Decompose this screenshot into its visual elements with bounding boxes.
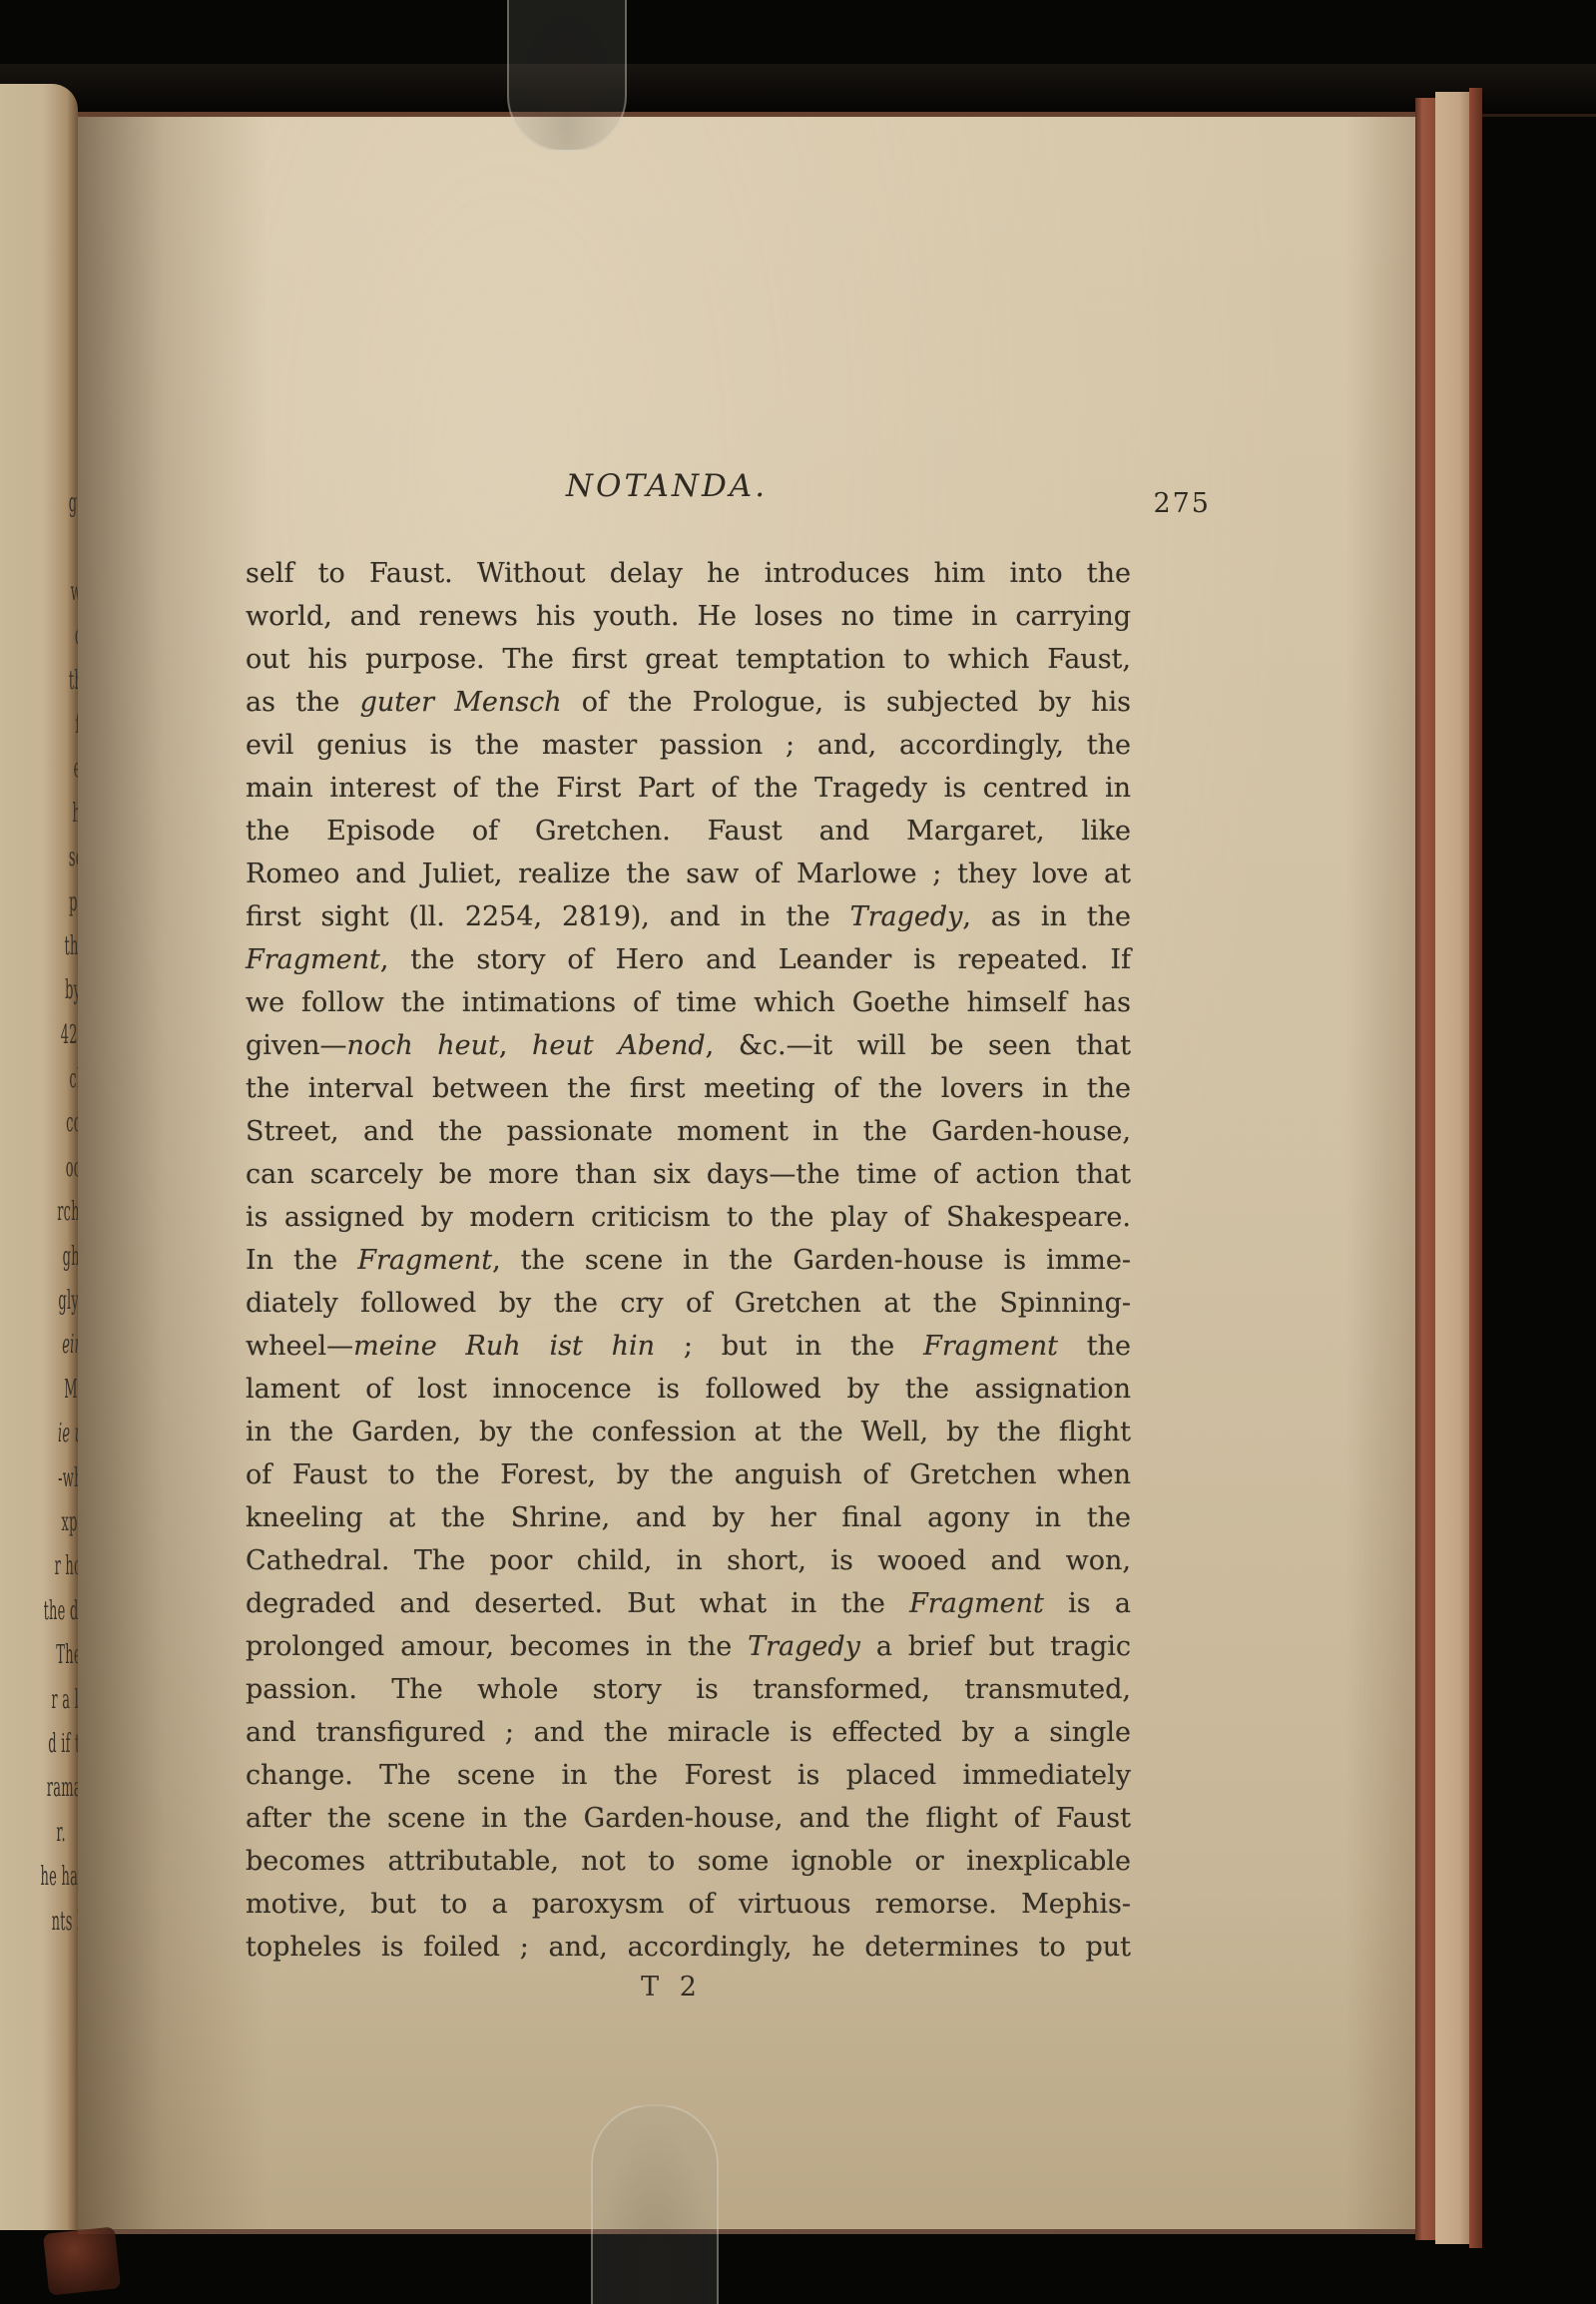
margin-text-fragment: rama is [0,1766,66,1810]
text-line: as the guter Mensch of the Prologue, is … [246,681,1131,724]
text-line: evil genius is the master passion ; and,… [246,724,1131,767]
page-right-shade [1345,117,1415,2229]
margin-text-fragment: nts him- [0,1900,66,1944]
text-line: Romeo and Juliet, realize the saw of Mar… [246,853,1131,895]
margin-text-fragment: r. [0,1811,66,1855]
text-line: the Episode of Gretchen. Faust and Marga… [246,810,1131,853]
margin-text-fragment: Mephisto- [0,1368,66,1412]
text-line: kneeling at the Shrine, and by her final… [246,1496,1131,1539]
text-line: main interest of the First Part of the T… [246,767,1131,810]
margin-text-fragment: ein (l. 33) [0,1323,66,1367]
margin-text-fragment: The time [0,1633,66,1677]
text-line: and transfigured ; and the miracle is ef… [246,1711,1131,1754]
text-line: prolonged amour, becomes in the Tragedy … [246,1625,1131,1668]
margin-text-fragment: r horns ; [0,1544,66,1588]
page-number: 275 [1011,488,1211,519]
page-holder-clip-top [507,0,627,152]
cover-corner-edge [43,2226,121,2295]
book-photograph: g intervalsarious partswhich theyonsumma… [0,0,1596,2304]
margin-text-fragment: the action [0,924,66,968]
margin-text-fragment: cording to [0,1101,66,1145]
text-line: the interval between the first meeting o… [246,1067,1131,1110]
text-line: degraded and deserted. But what in the F… [246,1582,1131,1625]
fore-edge-red-band [1415,98,1435,2240]
text-line: Cathedral. The poor child, in short, is … [246,1539,1131,1582]
margin-text-fragment: the de- [0,1589,66,1633]
margin-text-fragment: arious parts [0,525,66,569]
margin-text-fragment: chiller had [0,1057,66,1101]
margin-text-fragment: rch ; and [0,1190,66,1234]
margin-text-fragment: he did, and [0,792,66,836]
text-line: after the scene in the Garden-house, and… [246,1797,1131,1840]
text-line: Fragment, the story of Hero and Leander … [246,938,1131,981]
margin-text-fragment: sciousness [0,836,66,879]
margin-text-fragment: oon which [0,1146,66,1190]
text-line: first sight (ll. 2254, 2819), and in the… [246,895,1131,938]
margin-text-fragment: onsummate [0,614,66,658]
margin-text-fragment: gly Faust [0,1279,66,1323]
book-page: NOTANDA. 275 self to Faust. Without dela… [78,112,1415,2234]
margin-text-fragment: xpression [0,1500,66,1544]
body-text: self to Faust. Without delay he introduc… [246,552,1131,1969]
text-line: is assigned by modern criticism to the p… [246,1196,1131,1239]
margin-text-fragment: g intervals [0,481,66,525]
text-line: can scarcely be more than six days—the t… [246,1153,1131,1196]
text-line: of Faust to the Forest, by the anguish o… [246,1453,1131,1496]
text-line: in the Garden, by the confession at the … [246,1411,1131,1453]
text-line: topheles is foiled ; and, accordingly, h… [246,1926,1131,1969]
text-line: world, and renews his youth. He loses no… [246,595,1131,638]
page-title: NOTANDA. [437,468,896,504]
text-line: change. The scene in the Forest is place… [246,1754,1131,1797]
margin-text-fragment: 4251), he [0,1013,66,1057]
text-line: wheel—meine Ruh ist hin ; but in the Fra… [246,1325,1131,1368]
facing-page-edge: g intervalsarious partswhich theyonsumma… [0,84,78,2230]
margin-text-fragment: r a little [0,1678,66,1722]
text-line: we follow the intimations of time which … [246,981,1131,1024]
margin-text-fragment: by closing [0,968,66,1012]
margin-text-fragment: -when he [0,1456,66,1500]
margin-text-fragment: which they [0,570,66,614]
binding-top-edge [0,64,1596,117]
margin-text-fragment: pening the [0,880,66,924]
margin-text-fragment: ed nothing, [0,747,66,791]
text-line: given—noch heut, heut Abend, &c.—it will… [246,1024,1131,1067]
text-line: motive, but to a paroxysm of virtuous re… [246,1883,1131,1926]
margin-text-fragment: d if this [0,1722,66,1766]
margin-text-fragment: ght of the [0,1235,66,1279]
fore-edge-tan-band [1435,92,1469,2244]
text-line: becomes attributable, not to some ignobl… [246,1840,1131,1883]
text-line: out his purpose. The first great temptat… [246,638,1131,681]
text-line: self to Faust. Without delay he introduc… [246,552,1131,595]
text-line: Street, and the passionate moment in the… [246,1110,1131,1153]
text-line: lament of lost innocence is followed by … [246,1368,1131,1411]
text-line: In the Fragment, the scene in the Garden… [246,1239,1131,1282]
page-holder-clip-bottom [591,2104,719,2304]
fore-edge-red-band-outer [1469,88,1482,2248]
facing-page-text: g intervalsarious partswhich theyonsumma… [0,481,66,1944]
signature-mark: T 2 [577,1972,767,2003]
margin-text-fragment: that, when [0,659,66,703]
margin-text-fragment: f his earlier [0,703,66,747]
text-line: diately followed by the cry of Gretchen … [246,1282,1131,1325]
margin-text-fragment: ie unroll- [0,1412,66,1455]
margin-text-fragment: he has [0,1855,66,1899]
text-line: passion. The whole story is transformed,… [246,1668,1131,1711]
gutter-shadow [78,117,267,2229]
